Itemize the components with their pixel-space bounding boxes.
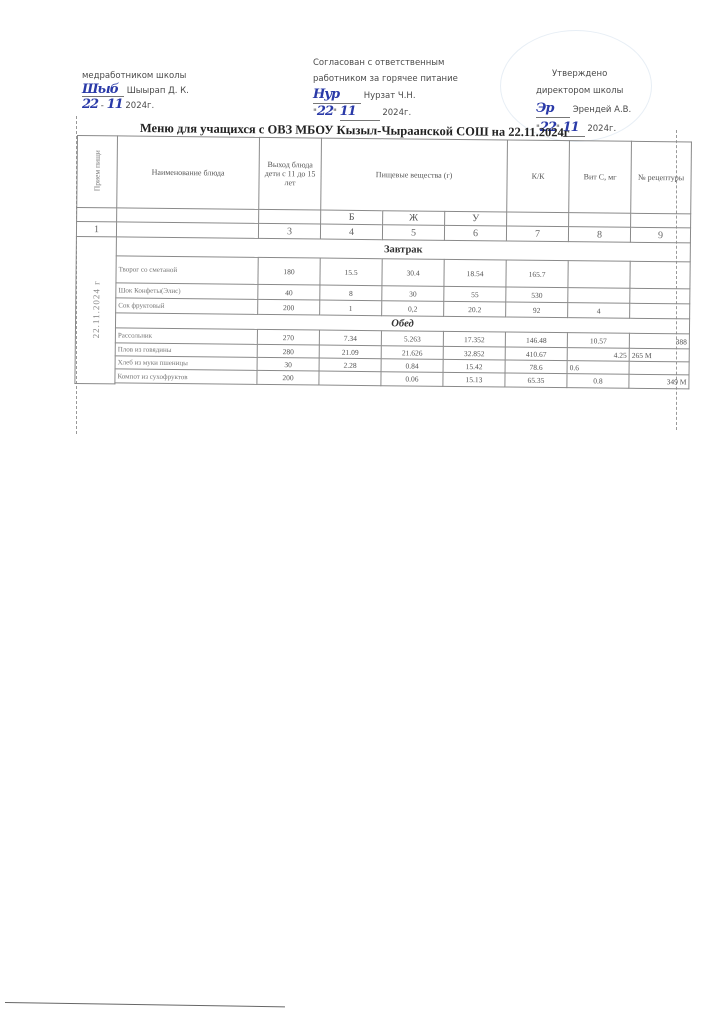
subheader-carbs: У <box>445 211 507 226</box>
header-dish: Наименование блюда <box>117 136 260 209</box>
approval-line-1: Согласован с ответственным <box>313 55 458 71</box>
subheader-protein: Б <box>321 210 383 225</box>
approval-food-responsible: Согласован с ответственным работником за… <box>313 55 458 121</box>
header-nutrients: Пищевые вещества (г) <box>321 138 508 212</box>
date-day: 22 <box>82 97 98 112</box>
date-cell: 22.11.2024 г <box>75 236 117 383</box>
header-yield: Выход блюда дети с 11 до 15 лет <box>259 137 322 210</box>
date-month: 11 <box>340 104 380 121</box>
approval-line-1: Утверждено <box>536 66 631 83</box>
menu-table: Прием пищи Наименование блюда Выход блюд… <box>74 135 692 390</box>
approval-line-2: работником за горячее питание <box>313 71 458 87</box>
approver-name: Эрендей А.В. <box>573 105 632 115</box>
header-kcal: К/К <box>507 140 570 213</box>
signature: Шыб <box>82 83 124 97</box>
approval-medical: медработником школы Шыб Шыырап Д. К. 22 … <box>82 70 189 113</box>
header-recipe: № рецептуры <box>631 141 692 214</box>
signature: Нур <box>313 87 361 104</box>
approver-name: Нурзат Ч.Н. <box>364 91 416 101</box>
signature: Эр <box>536 100 570 118</box>
date-day: 22 <box>317 104 333 119</box>
date-year: 2024г. <box>382 108 411 118</box>
date-month: 11 <box>107 97 123 112</box>
scan-edge-line <box>5 1002 285 1007</box>
subheader-fat: Ж <box>383 211 445 226</box>
approval-line-2: директором школы <box>536 83 631 100</box>
header-vitc: Вит С, мг <box>569 141 632 214</box>
header-meal: Прием пищи <box>77 136 118 208</box>
approver-name: Шыырап Д. К. <box>127 86 189 96</box>
date-year: 2024г. <box>125 101 154 111</box>
